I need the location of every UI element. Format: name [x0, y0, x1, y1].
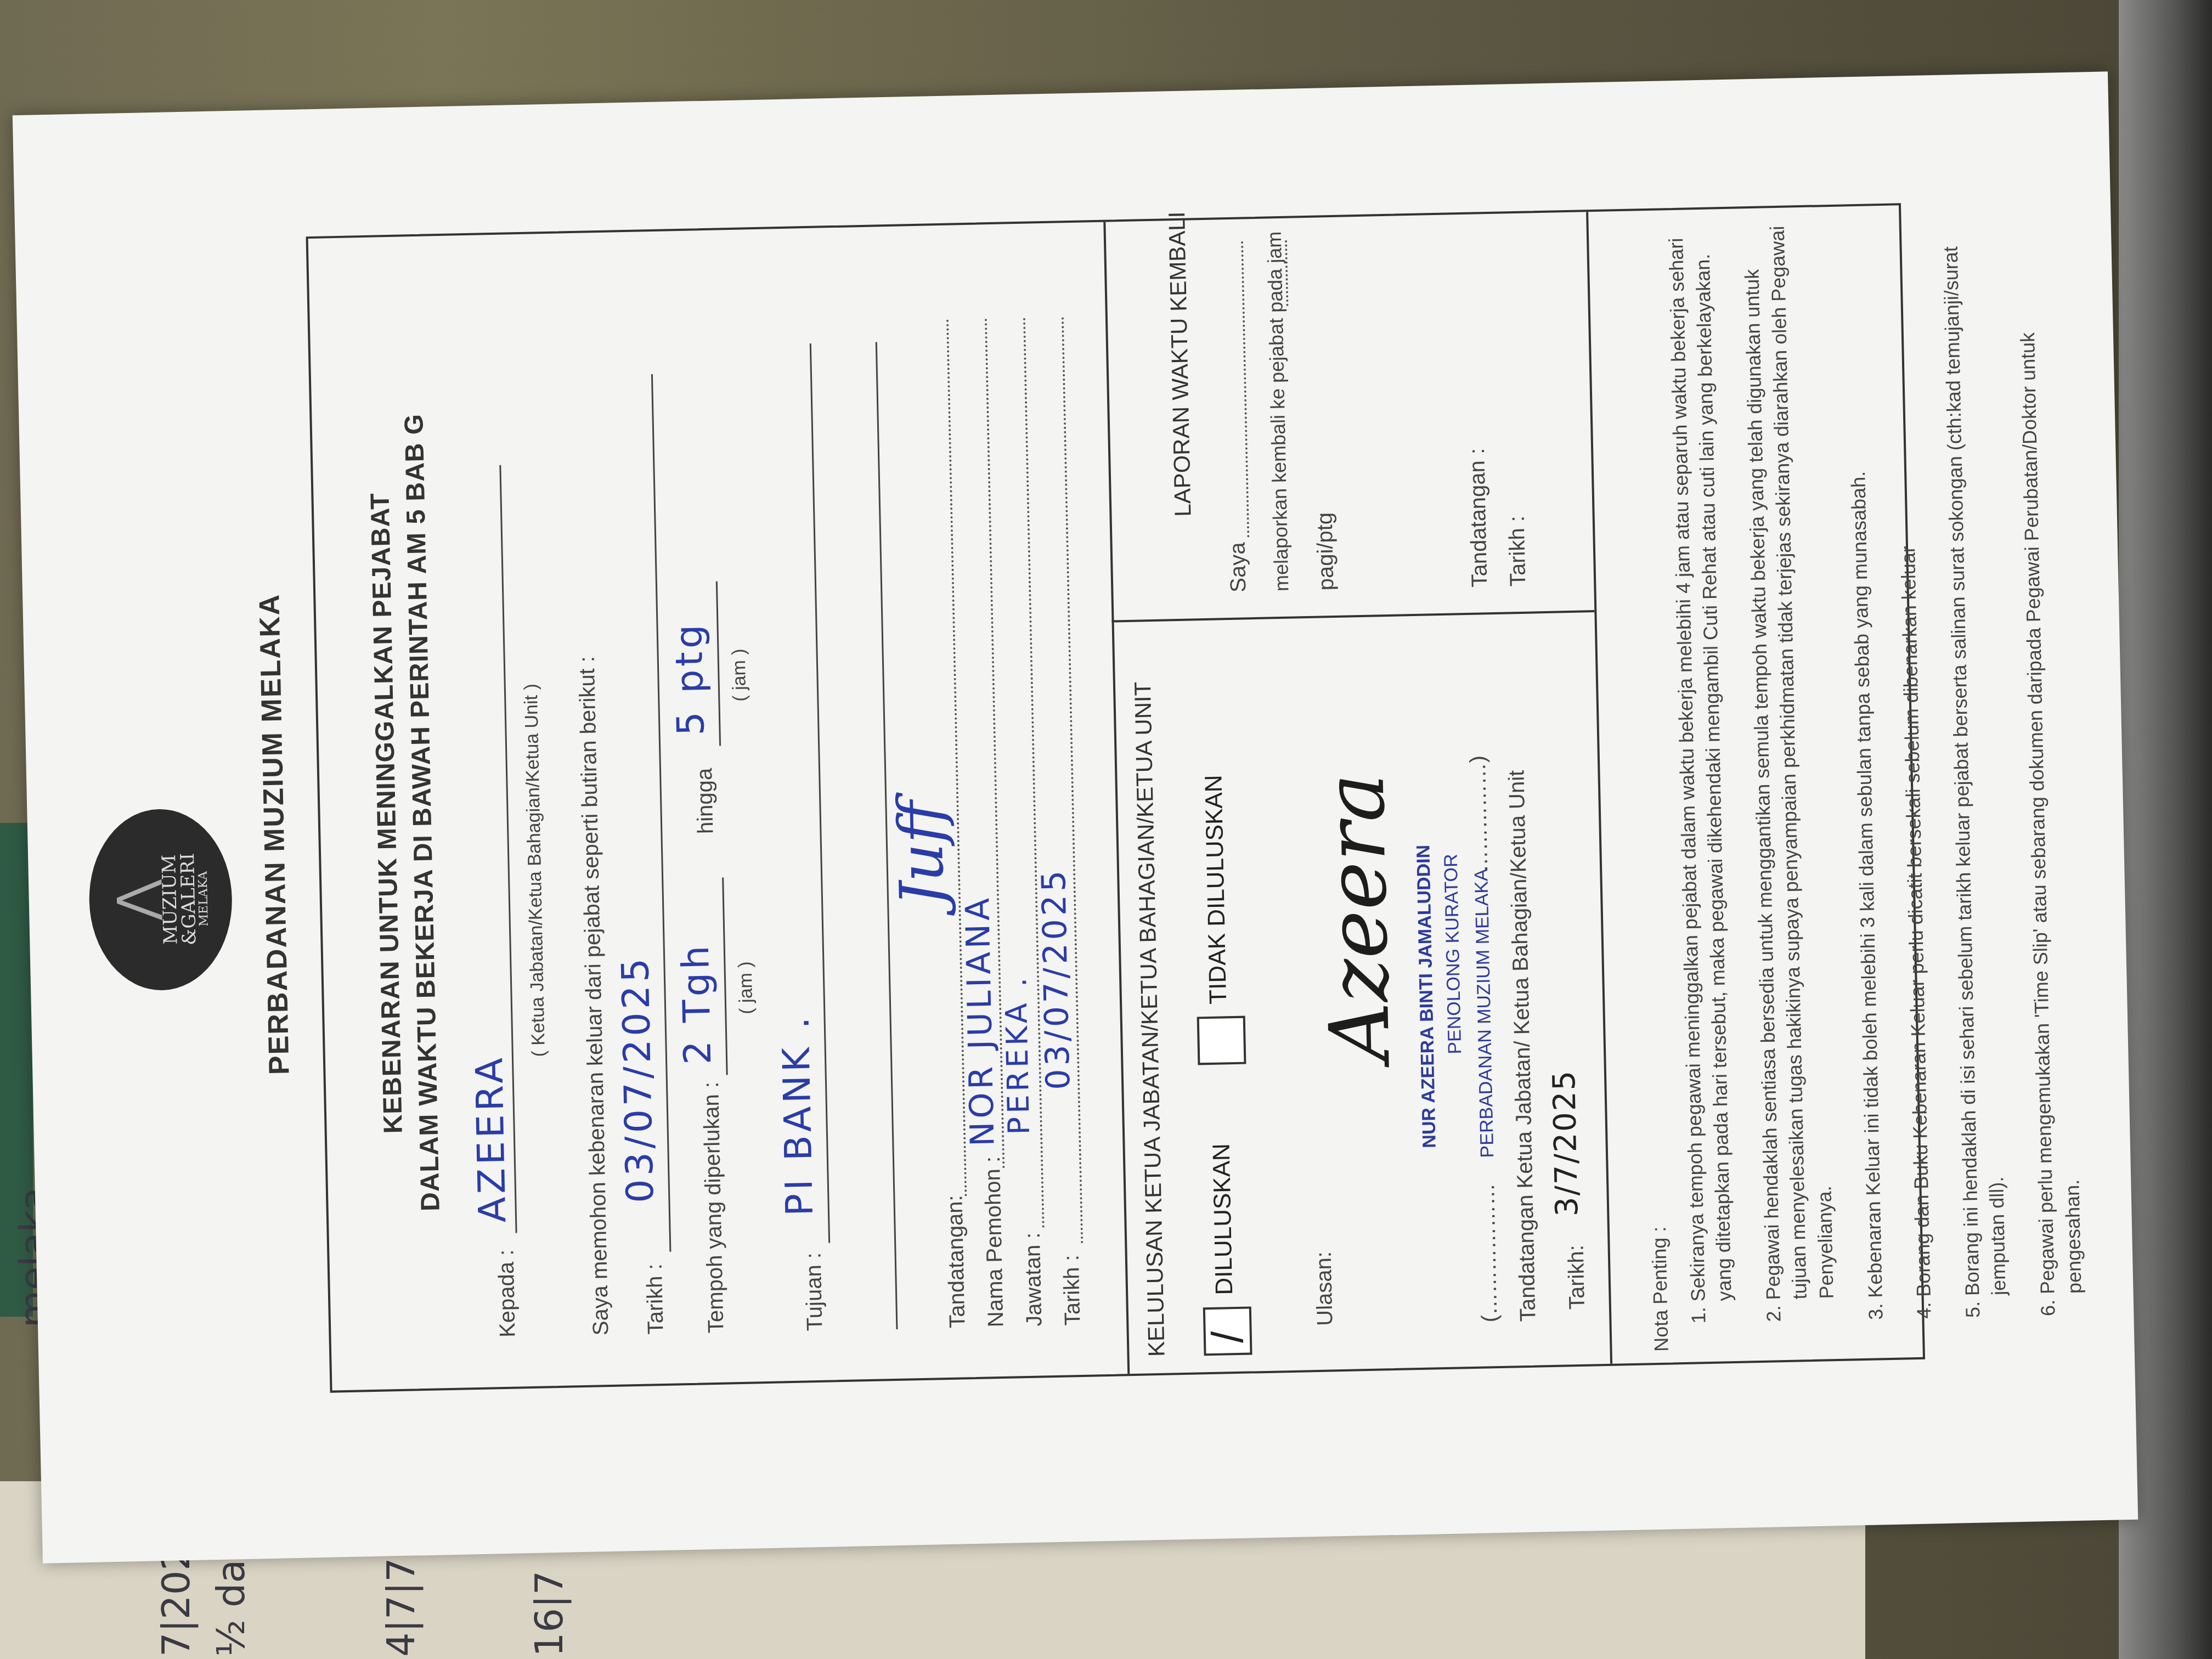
tujuan-value[interactable]: PI BANK . — [774, 1013, 822, 1216]
tempoh-from-unit: ( jam ) — [735, 961, 757, 1014]
approval-date-value[interactable]: 3/7/2025 — [1547, 1069, 1585, 1217]
stamp-name: NUR AZEERA BINTI JAMALUDDIN — [1413, 844, 1441, 1148]
note-item: Pegawai hendaklah sentiasa bersedia untu… — [1737, 218, 1840, 1300]
tempoh-to-unit: ( jam ) — [728, 648, 751, 702]
note-item: Pegawai perlu mengemukakan 'Time Slip' a… — [2012, 213, 2087, 1295]
logo-text: MELAKA — [198, 871, 211, 927]
request-intro: Saya memohon kebenaran keluar dari pejab… — [575, 656, 614, 1336]
tarikh-value[interactable]: 03/07/2025 — [614, 955, 662, 1203]
organization-name: PERBADANAN MUZIUM MELAKA — [243, 110, 306, 1559]
return-time-label: melaporkan kembali ke pejabat pada jam — [1263, 231, 1294, 591]
stamp-position: PENOLONG KURATOR — [1441, 854, 1466, 1054]
return-signature-label: Tandatangan : — [1465, 448, 1492, 587]
kepada-value[interactable]: AZEERA — [468, 1054, 515, 1223]
applicant-signature-label: Tandatangan: — [943, 1195, 970, 1328]
applicant-signature[interactable]: Juff — [885, 800, 957, 907]
check-mark-icon: / — [1203, 1330, 1253, 1344]
approval-title: KELULUSAN KETUA JABATAN/KETUA BAHAGIAN/K… — [1130, 681, 1170, 1357]
stamp-organization: PERBADANAN MUZIUM MELAKA — [1471, 868, 1498, 1158]
desk-handwritten-note: 16|7 — [527, 1571, 572, 1657]
tujuan-label: Tujuan : — [802, 1252, 828, 1331]
logo-emblem-icon: ⋀ — [111, 879, 161, 921]
return-date-label: Tarikh : — [1505, 516, 1531, 587]
approved-label: DILULUSKAN — [1208, 1143, 1239, 1295]
logo-text: &GALERI — [178, 853, 199, 945]
return-saya-line — [1241, 241, 1249, 537]
applicant-date-label: Tarikh : — [1059, 1255, 1086, 1326]
tempoh-label: Tempoh yang diperlukan : — [699, 1081, 729, 1333]
form-title: KEBENARAN UNTUK MENINGGALKAN PEJABAT DAL… — [358, 236, 453, 1389]
applicant-date-line — [1062, 316, 1083, 1243]
hingga-label: hingga — [692, 768, 719, 834]
section-divider — [1103, 222, 1130, 1374]
return-report-title: LAPORAN WAKTU KEMBALI — [1164, 211, 1197, 517]
tempoh-from-value[interactable]: 2 Tgh — [674, 942, 720, 1065]
column-divider — [1111, 610, 1594, 622]
return-ampm-label: pagi/ptg — [1312, 512, 1339, 591]
applicant-date-value[interactable]: 03/07/2025 — [1035, 867, 1077, 1090]
approver-sig-line-close: ……………) — [1466, 755, 1493, 873]
applicant-name-label: Nama Pemohon : — [980, 1156, 1009, 1328]
leave-office-form: ⋀ MUZIUM &GALERI MELAKA PERBADANAN MUZIU… — [13, 71, 2138, 1563]
form-paper: ⋀ MUZIUM &GALERI MELAKA PERBADANAN MUZIU… — [13, 71, 2138, 1563]
tarikh-label: Tarikh : — [642, 1263, 669, 1335]
note-item: Kebenaran Keluar ini tidak boleh melebih… — [1839, 217, 1889, 1299]
note-item: Sekiranya tempoh pegawai meninggalkan pe… — [1662, 220, 1738, 1302]
rejected-checkbox[interactable] — [1197, 1016, 1246, 1065]
approver-signature[interactable]: Azeera — [1307, 772, 1408, 1063]
note-item: Borang ini hendaklah di isi sehari sebel… — [1937, 215, 2012, 1296]
desk-handwritten-note: 4|7|7 — [379, 1558, 424, 1657]
kepada-label: Kepada : — [494, 1249, 520, 1338]
return-saya-label: Saya — [1226, 542, 1251, 592]
tempoh-to-value[interactable]: 5 ptg — [667, 621, 713, 736]
important-notes: Nota Penting : Sekiranya tempoh pegawai … — [1624, 212, 2111, 1352]
section-divider — [1586, 212, 1612, 1364]
applicant-position-label: Jawatan : — [1020, 1232, 1047, 1327]
applicant-name-value[interactable]: NOR JULIANA — [958, 894, 1002, 1147]
form-frame: KEBENARAN UNTUK MENINGGALKAN PEJABAT DAL… — [306, 203, 1926, 1392]
approval-date-label: Tarikh: — [1564, 1245, 1590, 1310]
approver-sig-caption: Tandatangan Ketua Jabatan/ Ketua Bahagia… — [1504, 770, 1541, 1322]
museum-logo: ⋀ MUZIUM &GALERI MELAKA — [87, 808, 234, 991]
tempoh-to-line — [716, 582, 721, 746]
rejected-label: TIDAK DILULUSKAN — [1200, 775, 1232, 1005]
approved-checkbox[interactable]: / — [1203, 1306, 1252, 1356]
applicant-position-value[interactable]: PEREKA . — [998, 974, 1036, 1135]
approver-sig-line-open: (……………… — [1475, 1183, 1502, 1323]
note-item: Borang dan Buku Kebenaran Keluar perlu d… — [1888, 216, 1938, 1297]
kepada-hint: ( Ketua Jabatan/Ketua Bahagian/Ketua Uni… — [521, 684, 550, 1057]
notes-list: Sekiranya tempoh pegawai meninggalkan pe… — [1662, 213, 2089, 1351]
ulasan-label: Ulasan: — [1312, 1251, 1338, 1327]
tempoh-from-line — [722, 877, 728, 1075]
